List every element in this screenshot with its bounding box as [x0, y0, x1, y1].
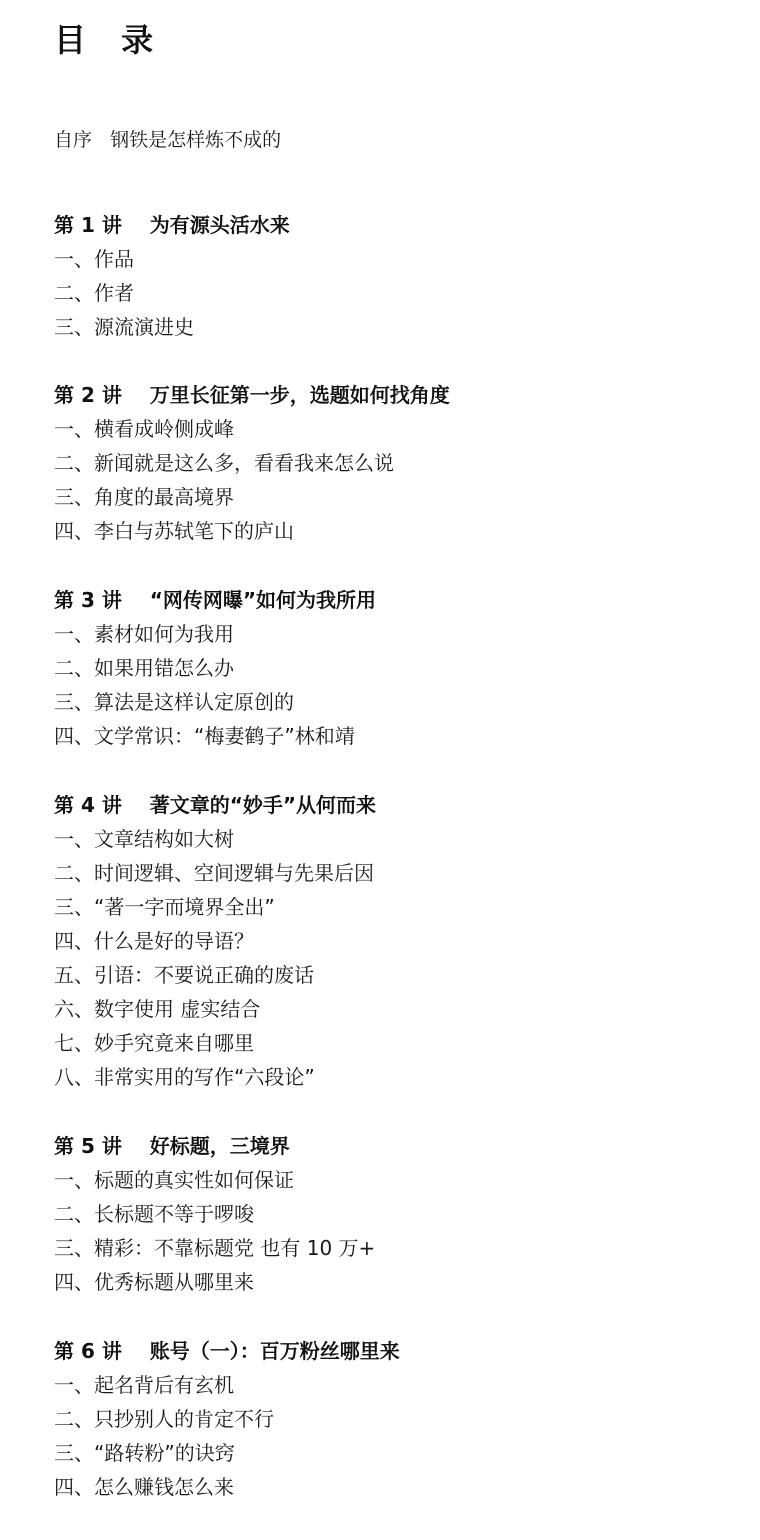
chapter-3: 第 3 讲 “网传网曝”如何为我所用 一、素材如何为我用 二、如果用错怎么办 三…	[54, 583, 734, 753]
chapter-heading: 第 6 讲 账号（一）：百万粉丝哪里来	[54, 1334, 734, 1368]
chapter-number: 第 5 讲	[54, 1134, 122, 1158]
toc-item: 四、怎么赚钱怎么来	[54, 1470, 734, 1504]
toc-item: 四、李白与苏轼笔下的庐山	[54, 514, 734, 548]
chapter-number: 第 2 讲	[54, 383, 122, 407]
toc-item: 七、妙手究竟来自哪里	[54, 1026, 734, 1060]
chapter-title: 万里长征第一步，选题如何找角度	[150, 383, 450, 407]
chapter-title: “网传网曝”如何为我所用	[150, 588, 376, 612]
preface-entry: 自序 钢铁是怎样炼不成的	[54, 126, 281, 154]
toc-item: 一、素材如何为我用	[54, 617, 734, 651]
chapter-number: 第 4 讲	[54, 793, 122, 817]
chapter-number: 第 3 讲	[54, 588, 122, 612]
toc-item: 三、算法是这样认定原创的	[54, 685, 734, 719]
toc-item: 三、源流演进史	[54, 310, 734, 344]
preface-title: 钢铁是怎样炼不成的	[110, 129, 281, 151]
page-title: 目 录	[54, 18, 165, 62]
chapter-heading: 第 3 讲 “网传网曝”如何为我所用	[54, 583, 734, 617]
chapter-heading: 第 5 讲 好标题，三境界	[54, 1129, 734, 1163]
toc-item: 二、如果用错怎么办	[54, 651, 734, 685]
toc-item: 二、新闻就是这么多，看看我来怎么说	[54, 446, 734, 480]
toc-item: 三、“著一字而境界全出”	[54, 890, 734, 924]
chapter-title: 好标题，三境界	[150, 1134, 290, 1158]
chapter-1: 第 1 讲 为有源头活水来 一、作品 二、作者 三、源流演进史	[54, 208, 734, 344]
chapter-6: 第 6 讲 账号（一）：百万粉丝哪里来 一、起名背后有玄机 二、只抄别人的肯定不…	[54, 1334, 734, 1504]
toc-item: 一、起名背后有玄机	[54, 1368, 734, 1402]
toc-item: 一、标题的真实性如何保证	[54, 1163, 734, 1197]
chapter-title: 账号（一）：百万粉丝哪里来	[150, 1339, 400, 1363]
toc-item: 二、作者	[54, 276, 734, 310]
toc-item: 三、精彩：不靠标题党 也有 10 万+	[54, 1231, 734, 1265]
toc-item: 三、角度的最高境界	[54, 480, 734, 514]
chapter-number: 第 1 讲	[54, 213, 122, 237]
toc-item: 八、非常实用的写作“六段论”	[54, 1060, 734, 1094]
toc-item: 二、长标题不等于啰唆	[54, 1197, 734, 1231]
table-of-contents-page: 目 录 自序 钢铁是怎样炼不成的 第 1 讲 为有源头活水来 一、作品 二、作者…	[0, 0, 760, 1540]
toc-item: 一、文章结构如大树	[54, 822, 734, 856]
chapter-heading: 第 2 讲 万里长征第一步，选题如何找角度	[54, 378, 734, 412]
toc-item: 四、文学常识：“梅妻鹤子”林和靖	[54, 719, 734, 753]
toc-item: 二、时间逻辑、空间逻辑与先果后因	[54, 856, 734, 890]
toc-item: 四、什么是好的导语？	[54, 924, 734, 958]
toc-item: 二、只抄别人的肯定不行	[54, 1402, 734, 1436]
toc-item: 一、作品	[54, 242, 734, 276]
chapter-title: 为有源头活水来	[150, 213, 290, 237]
chapter-5: 第 5 讲 好标题，三境界 一、标题的真实性如何保证 二、长标题不等于啰唆 三、…	[54, 1129, 734, 1299]
toc-item: 三、“路转粉”的诀窍	[54, 1436, 734, 1470]
chapter-2: 第 2 讲 万里长征第一步，选题如何找角度 一、横看成岭侧成峰 二、新闻就是这么…	[54, 378, 734, 548]
chapter-4: 第 4 讲 著文章的“妙手”从何而来 一、文章结构如大树 二、时间逻辑、空间逻辑…	[54, 788, 734, 1094]
preface-label: 自序	[54, 129, 92, 151]
toc-item: 六、数字使用 虚实结合	[54, 992, 734, 1026]
chapter-heading: 第 4 讲 著文章的“妙手”从何而来	[54, 788, 734, 822]
chapter-number: 第 6 讲	[54, 1339, 122, 1363]
toc-item: 一、横看成岭侧成峰	[54, 412, 734, 446]
chapter-heading: 第 1 讲 为有源头活水来	[54, 208, 734, 242]
toc-item: 四、优秀标题从哪里来	[54, 1265, 734, 1299]
toc-item: 五、引语：不要说正确的废话	[54, 958, 734, 992]
chapter-title: 著文章的“妙手”从何而来	[150, 793, 376, 817]
